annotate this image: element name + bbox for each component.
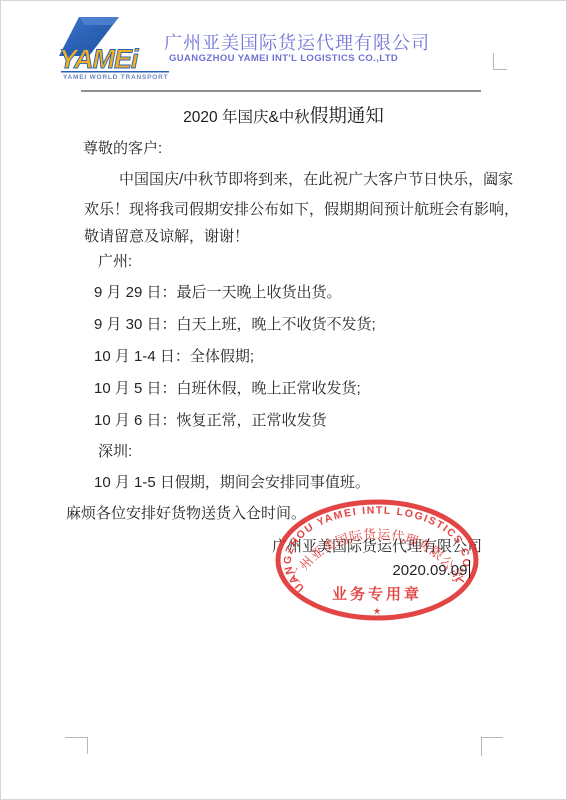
page-title-suffix: 假期通知 <box>310 105 384 126</box>
stamp-star-icon: ★ <box>373 606 381 616</box>
section-label-shenzhen: 深圳: <box>98 442 132 462</box>
logo-graphic: YAMEi YAMEI WORLD TRANSPORT <box>55 14 177 80</box>
schedule-line: 9 月 29 日：最后一天晚上收货出货。 <box>94 283 342 303</box>
company-name-cn: 广州亚美国际货运代理有限公司 <box>164 29 430 55</box>
schedule-line: 10 月 1-4 日：全体假期; <box>94 347 254 367</box>
header-divider <box>81 90 481 92</box>
intro-line: 敬请留意及谅解，谢谢！ <box>84 227 249 247</box>
margin-mark-top-right <box>493 69 507 70</box>
logo-underline <box>61 71 169 73</box>
signature-date[interactable]: 2020.09.09 <box>392 560 470 581</box>
schedule-line: 10 月 1-5 日假期，期间会安排同事值班。 <box>94 473 370 493</box>
company-logo: YAMEi YAMEI WORLD TRANSPORT <box>55 14 177 80</box>
margin-mark-bottom-right <box>481 737 482 756</box>
salutation: 尊敬的客户: <box>83 139 162 159</box>
margin-mark-bottom-left <box>87 737 88 754</box>
schedule-line: 10 月 6 日：恢复正常，正常收发货 <box>94 411 327 431</box>
intro-line: 中国国庆/中秋节即将到来，在此祝广大客户节日快乐，阖家 <box>119 170 513 190</box>
logo-swoosh-edge <box>79 17 119 25</box>
schedule-line: 10 月 5 日：白班休假，晚上正常收发货; <box>94 379 361 399</box>
document-page[interactable]: { "header": { "logo": { "brand": "YAMEi"… <box>0 0 567 800</box>
closing-line: 麻烦各位安排好货物送货入仓时间。 <box>66 504 306 524</box>
margin-mark-top-right <box>493 53 494 70</box>
margin-mark-bottom-right <box>481 737 503 738</box>
margin-mark-bottom-left <box>65 737 88 738</box>
logo-tagline: YAMEI WORLD TRANSPORT <box>63 74 168 80</box>
company-name-en: GUANGZHOU YAMEI INT'L LOGISTICS CO.,LTD <box>169 53 398 64</box>
text-cursor <box>469 560 471 578</box>
intro-line: 欢乐！现将我司假期安排公布如下，假期期间预计航班会有影响， <box>84 200 519 220</box>
logo-brand: YAMEi <box>59 44 139 74</box>
section-label-guangzhou: 广州: <box>98 252 132 272</box>
page-title: 2020 年国庆&中秋假期通知 <box>1 102 566 128</box>
schedule-line: 9 月 30 日：白天上班，晚上不收货不发货; <box>94 315 376 335</box>
stamp-label: 业务专用章 <box>332 585 422 603</box>
page-title-prefix: 2020 年国庆&中秋 <box>183 109 310 126</box>
signature-date-text: 2020.09.09 <box>392 562 467 579</box>
